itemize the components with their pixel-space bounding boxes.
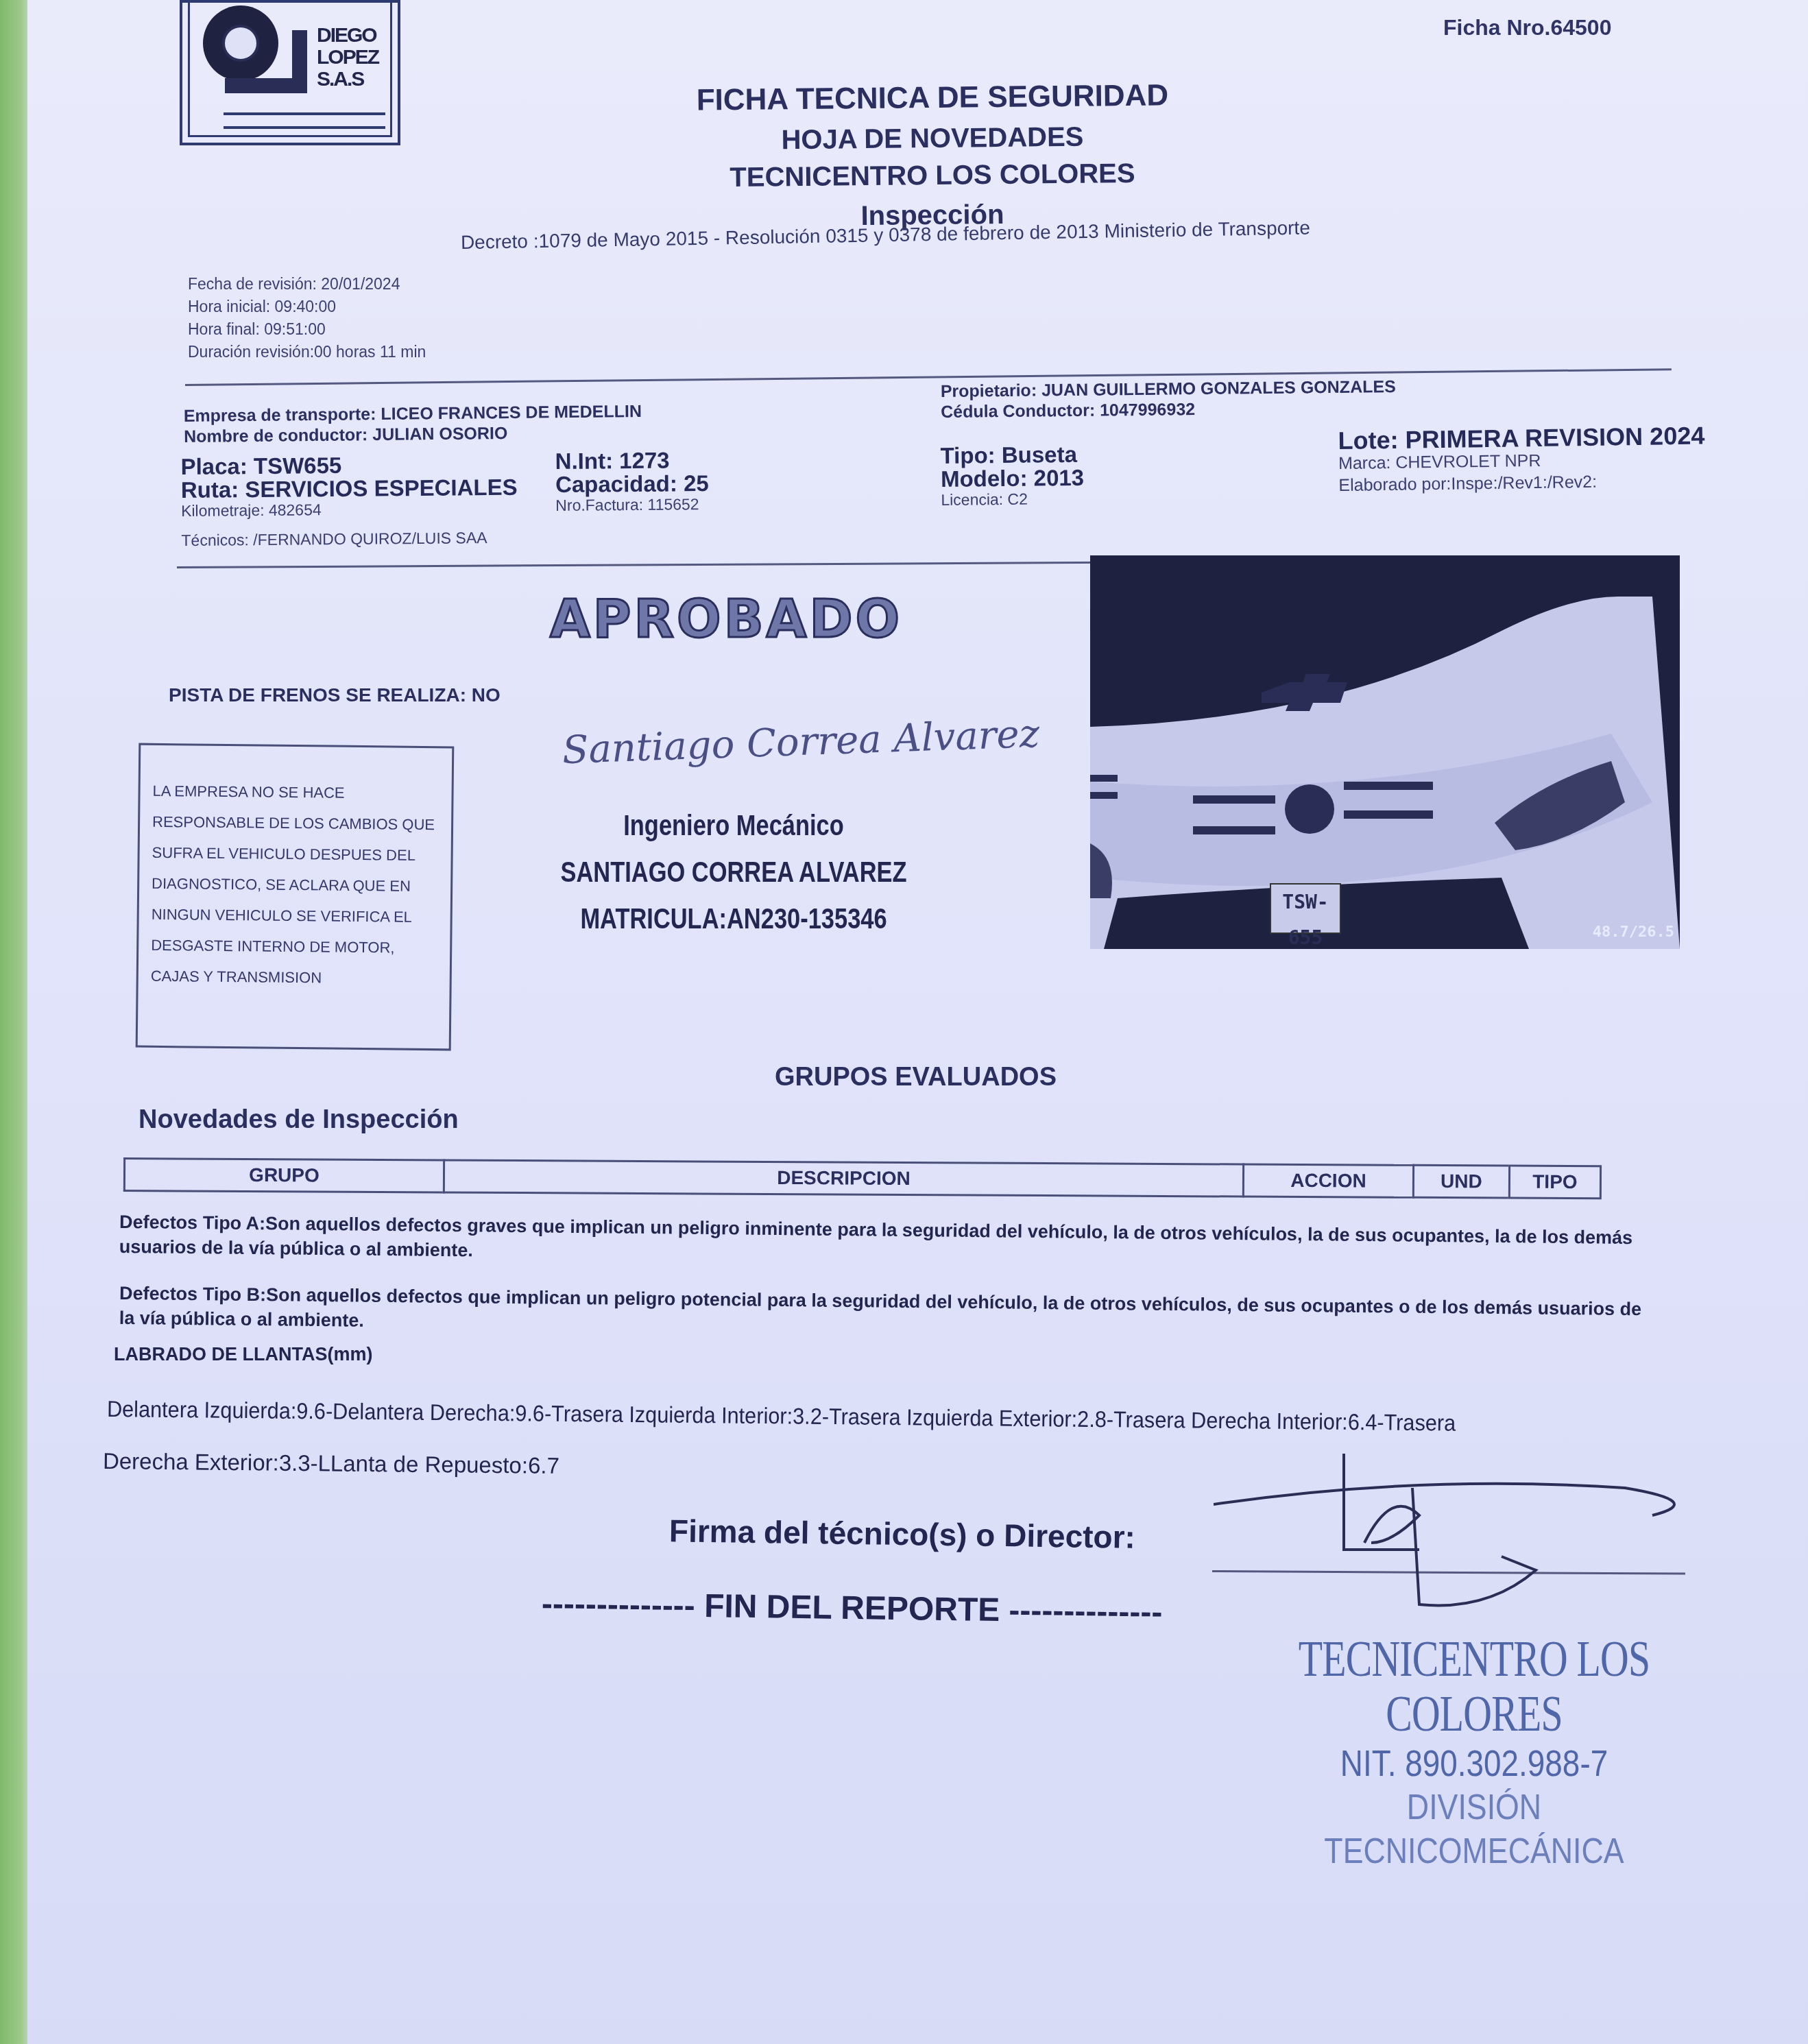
engineer-block: Ingeniero Mecánico SANTIAGO CORREA ALVAR… (521, 802, 946, 942)
column-header: ACCION (1242, 1164, 1412, 1199)
stamp-division: DIVISIÓN TECNICOMECÁNICA (1268, 1786, 1680, 1873)
logo-text: DIEGO LOPEZ S.A.S (317, 25, 378, 91)
findings-title: Novedades de Inspección (138, 1105, 459, 1135)
technician-signature (1214, 1447, 1707, 1618)
vehicle-secondary: N.Int: 1273 Capacidad: 25 Nro.Factura: 1… (555, 448, 710, 515)
mileage-field: Kilometraje: 482654 (181, 499, 518, 520)
transport-company: Empresa de transporte: LICEO FRANCES DE … (184, 401, 642, 447)
technicians-field: Técnicos: /FERNANDO QUIROZ/LUIS SAA (181, 529, 518, 550)
tread-title: LABRADO DE LLANTAS(mm) (114, 1344, 372, 1365)
vehicle-photo: TSW-655 48.7/26.5 (1090, 555, 1680, 949)
column-header: DESCRIPCION (443, 1159, 1242, 1197)
stamp-company: TECNICENTRO LOS COLORES (1287, 1632, 1661, 1742)
lot-info: Lote: PRIMERA REVISION 2024 Marca: CHEVR… (1338, 424, 1705, 496)
column-header: GRUPO (123, 1157, 443, 1193)
owner-info: Propietario: JUAN GUILLERMO GONZALES GON… (941, 376, 1397, 422)
tire-icon (203, 5, 278, 81)
lot-field: Lote: PRIMERA REVISION 2024 (1338, 424, 1704, 453)
disclaimer-box: LA EMPRESA NO SE HACE RESPONSABLE DE LOS… (136, 743, 455, 1051)
vehicle-primary: Placa: TSW655 Ruta: SERVICIOS ESPECIALES… (180, 453, 518, 550)
photo-readout: 48.7/26.5 (1593, 924, 1674, 941)
company-stamp: TECNICENTRO LOS COLORES NIT. 890.302.988… (1234, 1632, 1714, 1873)
approval-status: APROBADO (550, 588, 902, 649)
revision-times: Fecha de revisión: 20/01/2024 Hora inici… (188, 273, 426, 363)
column-header: TIPO (1508, 1165, 1602, 1200)
license-plate: TSW-655 (1270, 883, 1341, 934)
engineer-title: Ingeniero Mecánico (559, 802, 908, 849)
ficha-number: Ficha Nro.64500 (1443, 15, 1611, 40)
route-field: Ruta: SERVICIOS ESPECIALES (181, 476, 518, 502)
end-time: Hora final: 09:51:00 (188, 318, 426, 341)
company-logo: DIEGO LOPEZ S.A.S (180, 0, 400, 145)
stamp-nit: NIT. 890.302.988-7 (1270, 1742, 1678, 1786)
duration: Duración revisión:00 horas 11 min (188, 341, 426, 363)
engineer-name: SANTIAGO CORREA ALVAREZ (559, 849, 908, 895)
tread-values-line2: Derecha Exterior:3.3-LLanta de Repuesto:… (103, 1448, 559, 1479)
type-field: Tipo: Buseta (941, 443, 1084, 468)
groups-title: GRUPOS EVALUADOS (775, 1063, 1057, 1092)
brake-track-field: PISTA DE FRENOS SE REALIZA: NO (169, 684, 501, 706)
license-field: Licencia: C2 (941, 490, 1084, 509)
bus-front-image (1090, 555, 1680, 949)
model-field: Modelo: 2013 (941, 466, 1084, 491)
engineer-license: MATRICULA:AN230-135346 (559, 895, 908, 942)
revision-date: Fecha de revisión: 20/01/2024 (188, 273, 426, 296)
invoice-field: Nro.Factura: 115652 (555, 495, 709, 515)
column-header: UND (1412, 1164, 1508, 1199)
internal-number: N.Int: 1273 (555, 448, 709, 473)
vehicle-type-info: Tipo: Buseta Modelo: 2013 Licencia: C2 (941, 443, 1085, 509)
signature-label: Firma del técnico(s) o Director: (669, 1512, 1136, 1555)
capacity-field: Capacidad: 25 (555, 472, 709, 496)
start-time: Hora inicial: 09:40:00 (188, 296, 426, 318)
